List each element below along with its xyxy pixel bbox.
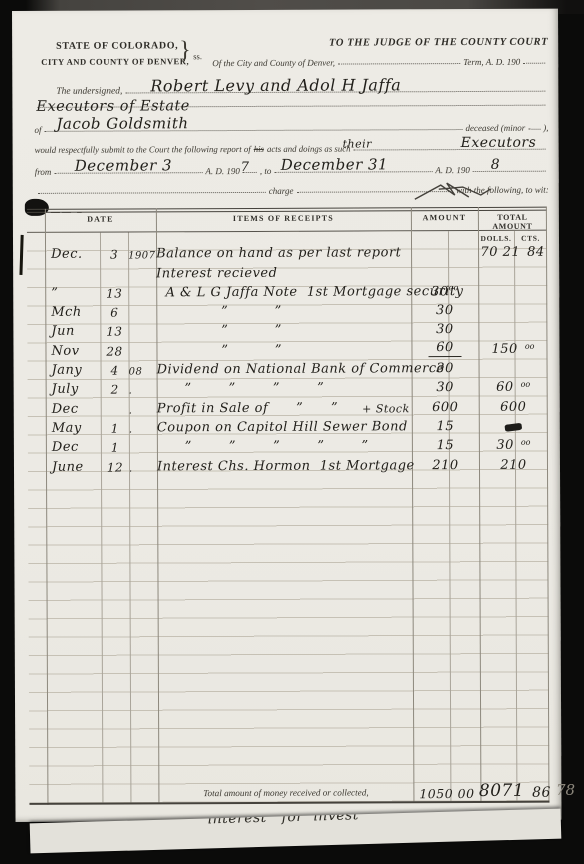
cell-item: ” ” [156,303,411,319]
to-label: , to [260,166,272,176]
dotted-line [473,171,546,172]
cell-day: 1 [101,441,129,455]
cell-year: 1907 [128,251,156,262]
cell-month: Dec. [45,247,100,262]
grand-total-dollars: 8071 [479,781,524,801]
cell-item: ” ” [156,323,411,339]
cell-amount [411,245,478,260]
cell-item: Coupon on Capitol Hill Sewer Bond [157,419,412,435]
column-header-amount: AMOUNT [411,213,478,222]
ledger-row: Dec . Profit in Sale of ” ”+ Stock 600 6… [28,395,548,417]
cell-amount: 600 [412,400,479,415]
cell-item: ” ” [156,342,411,358]
from-label: from [35,167,52,177]
cell-month: July [46,382,101,397]
cell-amount: 30 [411,322,478,337]
cell-amount: 60 [411,340,478,357]
receipts-table: DATE ITEMS OF RECEIPTS AMOUNT TOTAL AMOU… [27,207,550,805]
edge-fragment-handwriting: 78 [556,781,575,799]
ledger-row: Nov 28 ” ” 60 150oo [27,337,547,359]
ledger-row: June 12 . Interest Chs. Hormon 1st Mortg… [28,453,548,475]
dotted-line [528,129,540,130]
executors-role-handwriting: Executors of Estate [36,98,190,115]
cell-item: ” ” ” ” [157,381,412,397]
cell-total: 600 [479,399,548,414]
dotted-line [523,63,545,64]
county-label: CITY AND COUNTY OF DENVER, [41,56,189,67]
table-rows: Dec. 3 1907 Balance on hand as per last … [27,241,548,475]
cell-amount [411,265,478,280]
of-label: of [34,125,41,135]
column-header-total: TOTAL AMOUNT [478,213,547,231]
cell-total: 60oo [479,380,548,395]
cell-day: 3 [100,248,128,262]
ledger-row: July 2 . ” ” ” ” 30 60oo [28,376,548,398]
cell-item: Dividend on National Bank of Commerce [157,361,412,377]
ledger-row: Jany 4 08 Dividend on National Bank of C… [28,356,548,378]
cell-item: Balance on hand as per last report [156,246,411,262]
cell-month: June [46,459,101,474]
cell-year: . [129,463,157,474]
cell-month: Mch [45,305,100,320]
from-year-handwriting: 7 [241,160,250,175]
report-role-handwriting: Executors [461,135,537,151]
ink-scribble [411,179,497,203]
struck-word: his [254,144,264,154]
cell-month: Dec [46,401,101,416]
from-date-handwriting: December 3 [75,156,172,174]
cell-item: Profit in Sale of ” ”+ Stock [157,400,412,416]
column-header-date: DATE [45,214,156,223]
dotted-line [38,192,266,194]
undersigned-label: The undersigned, [56,87,122,97]
cell-amount: 30 [411,303,478,318]
decedent-handwriting: Jacob Goldsmith [56,114,188,133]
cell-item: ” ” ” ” ” [157,439,412,455]
scanned-document: STATE OF COLORADO, CITY AND COUNTY OF DE… [0,0,584,864]
cell-month: Jun [45,324,100,339]
cell-amount: 15 [412,419,479,434]
total-label: Total amount of money received or collec… [158,787,413,802]
cell-year: . [129,386,157,397]
total-amount-handwriting: 1050 00 [413,786,480,801]
to-year-handwriting: 8 [491,157,500,173]
cell-day: 2 [101,383,129,397]
cell-amount: 30 [412,380,479,395]
cell-amount: 210 [412,458,479,473]
cell-year: . [129,405,157,416]
cell-item: A & L G Jaffa Note 1st Mortgage security [156,284,411,300]
ledger-row: Interest recieved [27,260,547,282]
grand-total-cents: 86 [532,785,551,801]
ss-label: ss. [193,51,202,61]
cell-total: 70 2184 [478,245,547,260]
cell-month: Jany [46,363,101,378]
of-city-label: Of the City and County of Denver, [212,58,335,69]
cell-item: Interest Chs. Hormon 1st Mortgage [157,458,412,474]
cell-day: 13 [100,286,128,300]
total-row: Total amount of money received or collec… [29,781,549,803]
state-label: STATE OF COLORADO, [56,40,178,52]
cell-total: 210 [479,457,548,472]
cell-month: ” [45,286,100,301]
paper-page: STATE OF COLORADO, CITY AND COUNTY OF DE… [12,9,562,822]
ledger-row: Dec 1 ” ” ” ” ” 15 30oo [28,434,548,456]
margin-mark [19,235,23,275]
cell-day: 28 [100,344,128,358]
grand-total-handwriting: 8071 86 [480,781,549,801]
report-line-post: acts and doings as such [267,144,351,154]
deceased-close-label: ), [543,123,548,133]
cell-year: . [129,424,157,435]
ledger-row: Dec. 3 1907 Balance on hand as per last … [27,241,547,263]
ink-smudge [504,423,522,432]
column-header-items: ITEMS OF RECEIPTS [156,213,411,223]
cell-day: 13 [100,325,128,339]
overwrite-word-handwriting: their [343,137,372,150]
deceased-label: deceased (minor [466,123,526,133]
cell-total [479,424,548,434]
cell-amount: 15 [412,438,479,453]
cell-day: 4 [101,364,129,378]
ledger-row: Jun 13 ” ” 30 [27,318,547,340]
cell-month: Nov [45,343,100,358]
dotted-line [338,63,460,65]
ledger-row: May 1 . Coupon on Capitol Hill Sewer Bon… [28,414,548,436]
cell-month: May [46,421,101,436]
ad1-label: A. D. 190 [205,166,240,176]
cell-total: 30oo [479,438,548,453]
to-date-handwriting: December 31 [281,155,388,173]
cell-day: 12 [101,460,129,474]
ss-brace: } [179,37,191,64]
charge-label: charge [269,186,294,196]
ledger-row: Mch 6 ” ” 30 [27,299,547,321]
cell-day: 6 [100,306,128,320]
executors-name-handwriting: Robert Levy and Adol H Jaffa [150,75,401,95]
cell-day: 1 [101,421,129,435]
cell-total: 150oo [478,341,547,356]
cell-month: Dec [46,440,101,455]
ledger-row: ” 13 A & L G Jaffa Note 1st Mortgage sec… [27,279,547,301]
report-line-pre: would respectfully submit to the Court t… [35,144,251,155]
cell-year: 08 [129,366,157,377]
cell-item: Interest recieved [156,265,411,281]
term-label: Term, A. D. 190 [463,57,520,67]
court-title: TO THE JUDGE OF THE COUNTY COURT [292,37,548,49]
ad2-label: A. D. 190 [435,165,470,175]
